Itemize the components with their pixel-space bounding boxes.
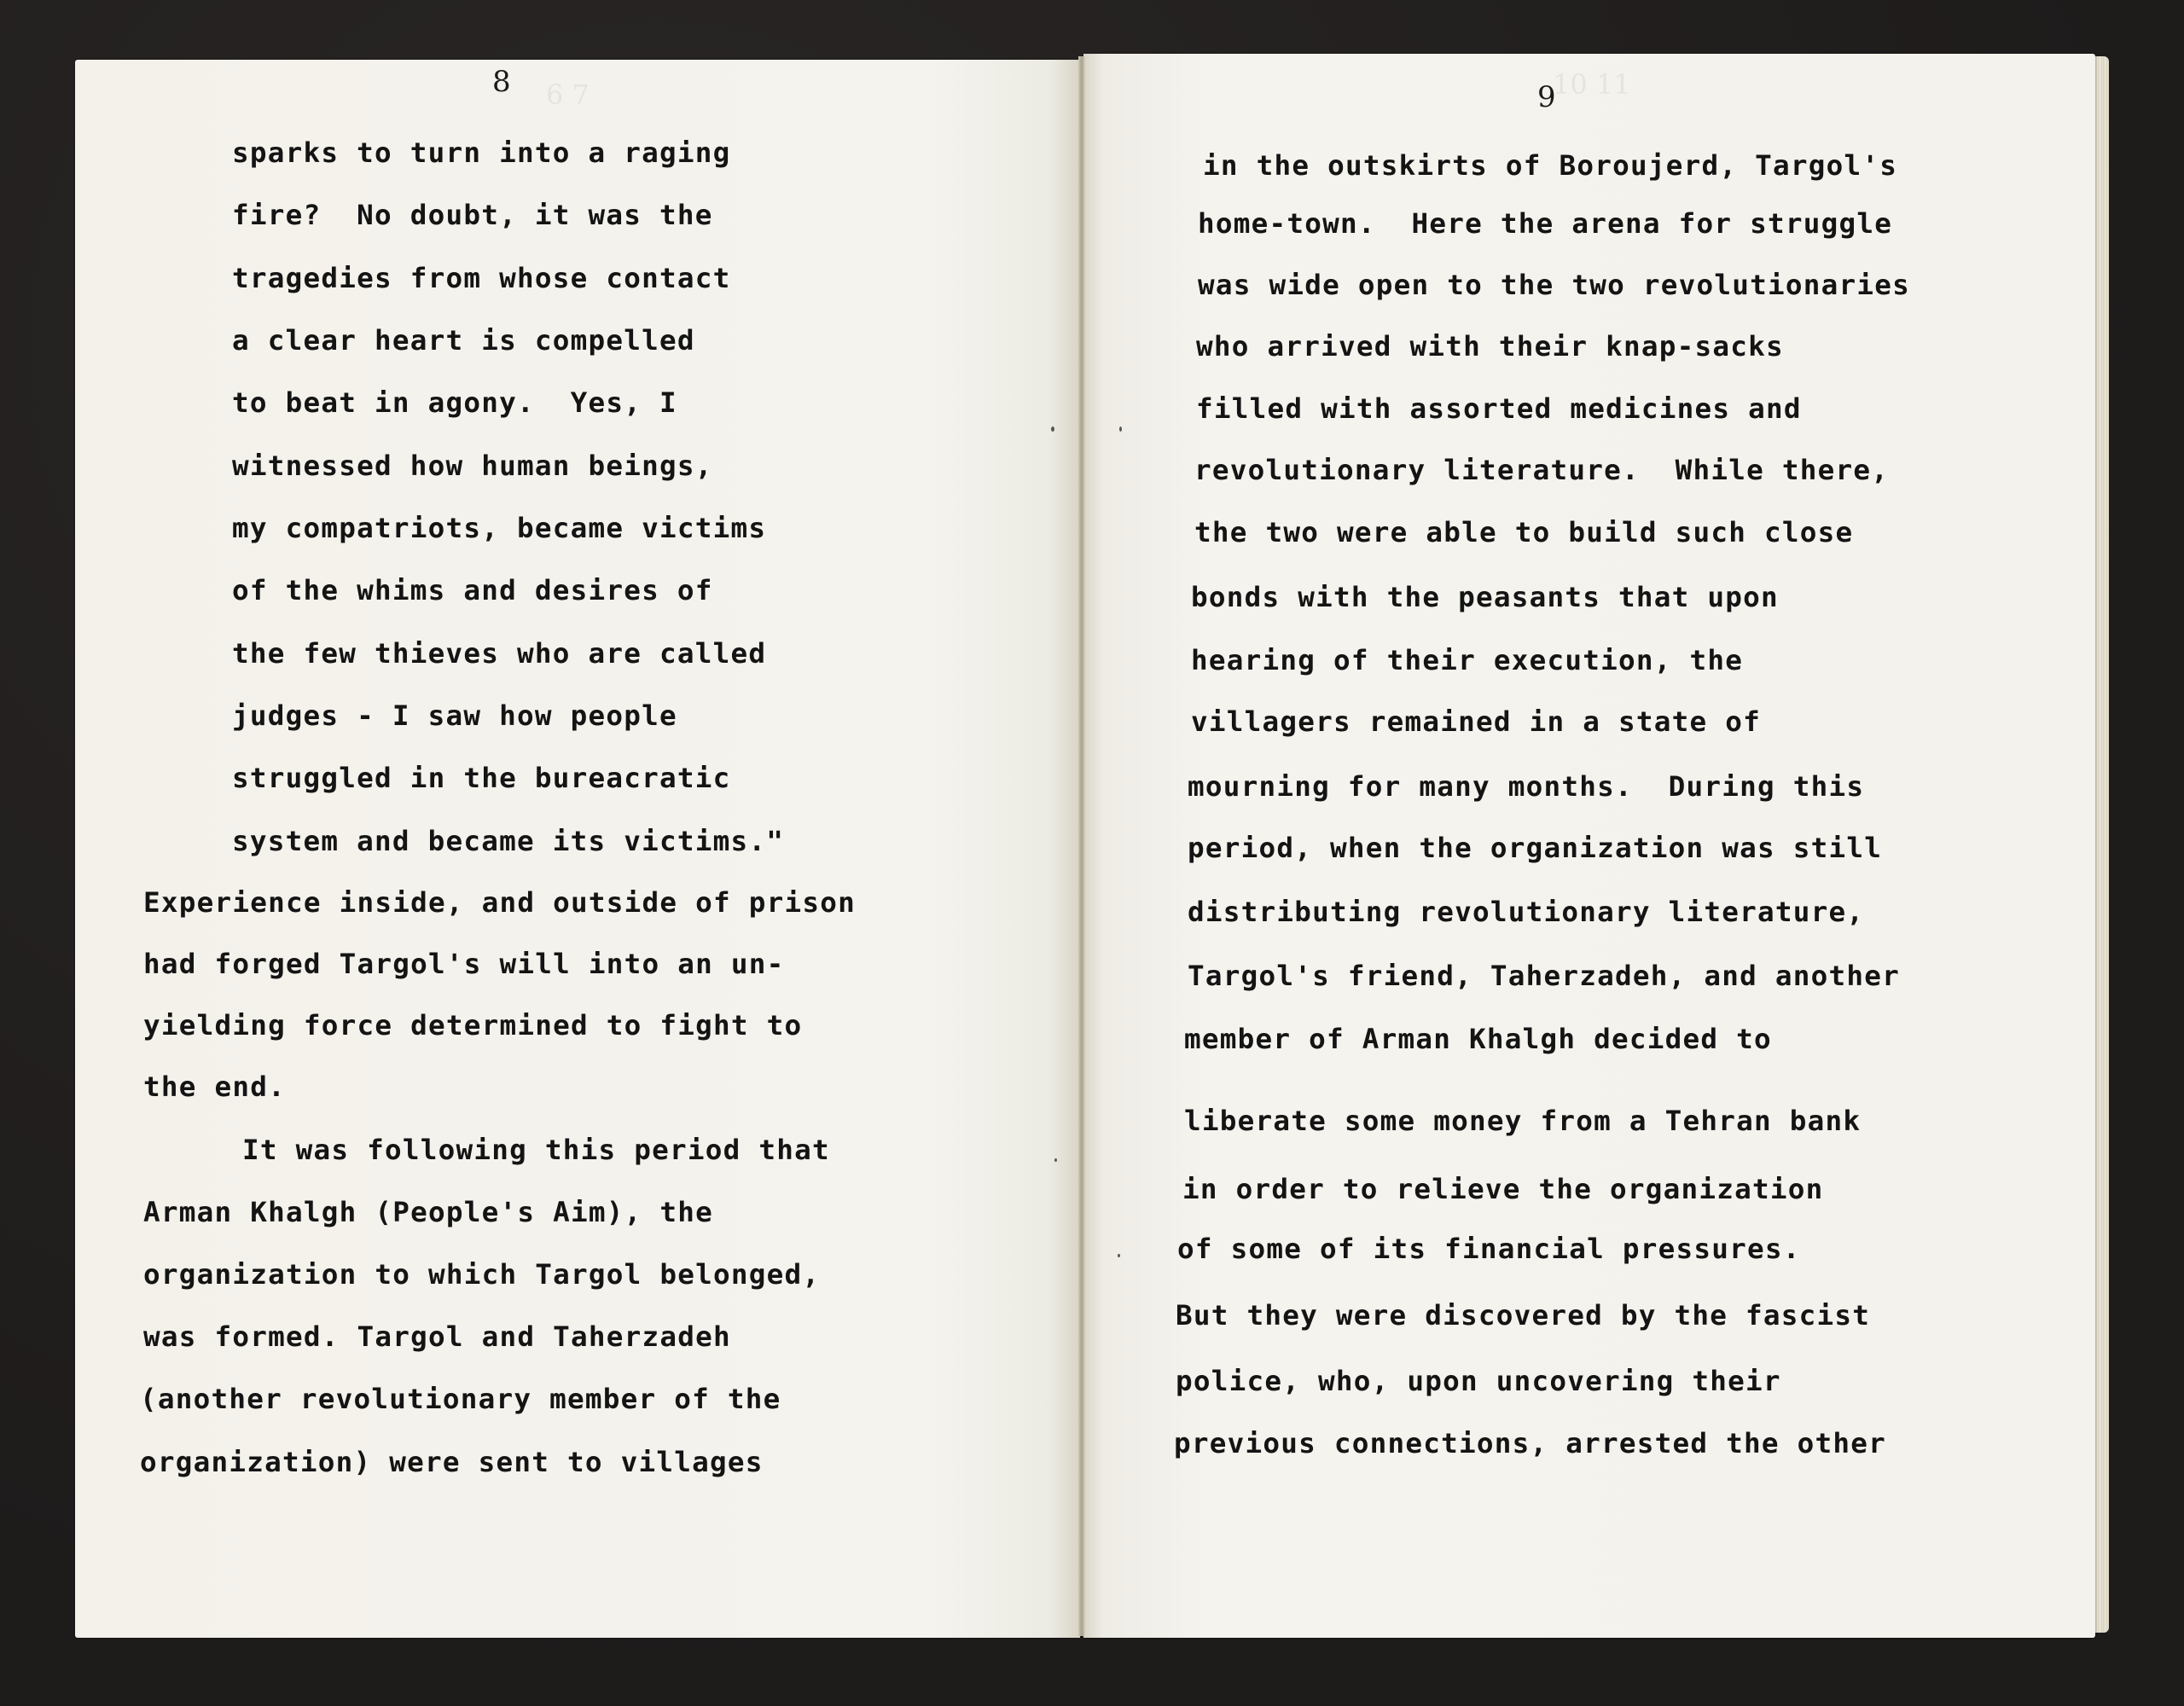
left-text-line: sparks to turn into a raging [232,136,731,169]
left-text-line: organization) were sent to villages [140,1446,764,1478]
booklet-spine [1078,56,1085,1636]
left-text-line: fire? No doubt, it was the [232,199,713,231]
page-number-left: 8 [492,65,511,99]
paper-speck [1054,1158,1057,1162]
left-text-line: witnessed how human beings, [232,450,713,482]
right-text-line: period, when the organization was still [1188,832,1882,864]
ghost-page-numbers-left: 6 7 [546,78,590,111]
right-text-line: police, who, upon uncovering their [1176,1365,1781,1397]
left-text-line: struggled in the bureacratic [232,762,731,794]
left-text-line: was formed. Targol and Taherzadeh [143,1320,731,1353]
right-text-line: was wide open to the two revolutionaries [1198,269,1910,301]
right-text-line: hearing of their execution, the [1191,644,1743,676]
right-text-line: in the outskirts of Boroujerd, Targol's [1203,149,1897,182]
right-text-line: mourning for many months. During this [1188,770,1864,803]
left-text-line: the few thieves who are called [232,637,766,670]
paper-speck [1051,426,1054,432]
left-text-line: judges - I saw how people [232,699,677,732]
left-text-line: (another revolutionary member of the [140,1383,781,1415]
left-text-line: had forged Targol's will into an un- [143,948,785,980]
left-text-line: Arman Khalgh (People's Aim), the [143,1196,713,1228]
right-text-line: revolutionary literature. While there, [1194,454,1889,486]
right-text-line: But they were discovered by the fascist [1176,1299,1870,1332]
right-text-line: the two were able to build such close [1194,516,1853,548]
right-text-line: home-town. Here the arena for struggle [1198,207,1892,240]
right-text-line: member of Arman Khalgh decided to [1184,1023,1772,1055]
right-text-line: Targol's friend, Taherzadeh, and another [1188,960,1900,992]
left-text-line: of the whims and desires of [232,574,713,606]
left-text-line: tragedies from whose contact [232,262,731,294]
left-text-line: to beat in agony. Yes, I [232,386,677,419]
right-text-line: bonds with the peasants that upon [1191,581,1779,613]
right-text-line: in order to relieve the organization [1182,1173,1824,1205]
right-text-line: villagers remained in a state of [1191,705,1761,738]
left-text-line: Experience inside, and outside of prison [143,886,856,919]
right-text-line: filled with assorted medicines and [1196,392,1802,425]
right-text-line: who arrived with their knap-sacks [1196,330,1784,363]
left-text-line: the end. [143,1071,286,1103]
paper-speck [1119,426,1122,432]
right-text-line: of some of its financial pressures. [1177,1233,1801,1265]
right-text-line: previous connections, arrested the other [1174,1427,1886,1459]
page-number-right: 9 [1537,80,1556,114]
left-text-line: my compatriots, became victims [232,512,766,544]
left-text-line: a clear heart is compelled [232,324,695,357]
paper-speck [1118,1254,1120,1257]
left-text-line: organization to which Targol belonged, [143,1258,820,1291]
right-text-line: liberate some money from a Tehran bank [1184,1105,1861,1137]
left-text-line: yielding force determined to fight to [143,1009,802,1042]
ghost-page-numbers-right: 10 11 [1553,68,1631,101]
right-text-line: distributing revolutionary literature, [1188,896,1864,928]
left-text-line: It was following this period that [242,1134,830,1166]
left-text-line: system and became its victims." [232,825,784,857]
